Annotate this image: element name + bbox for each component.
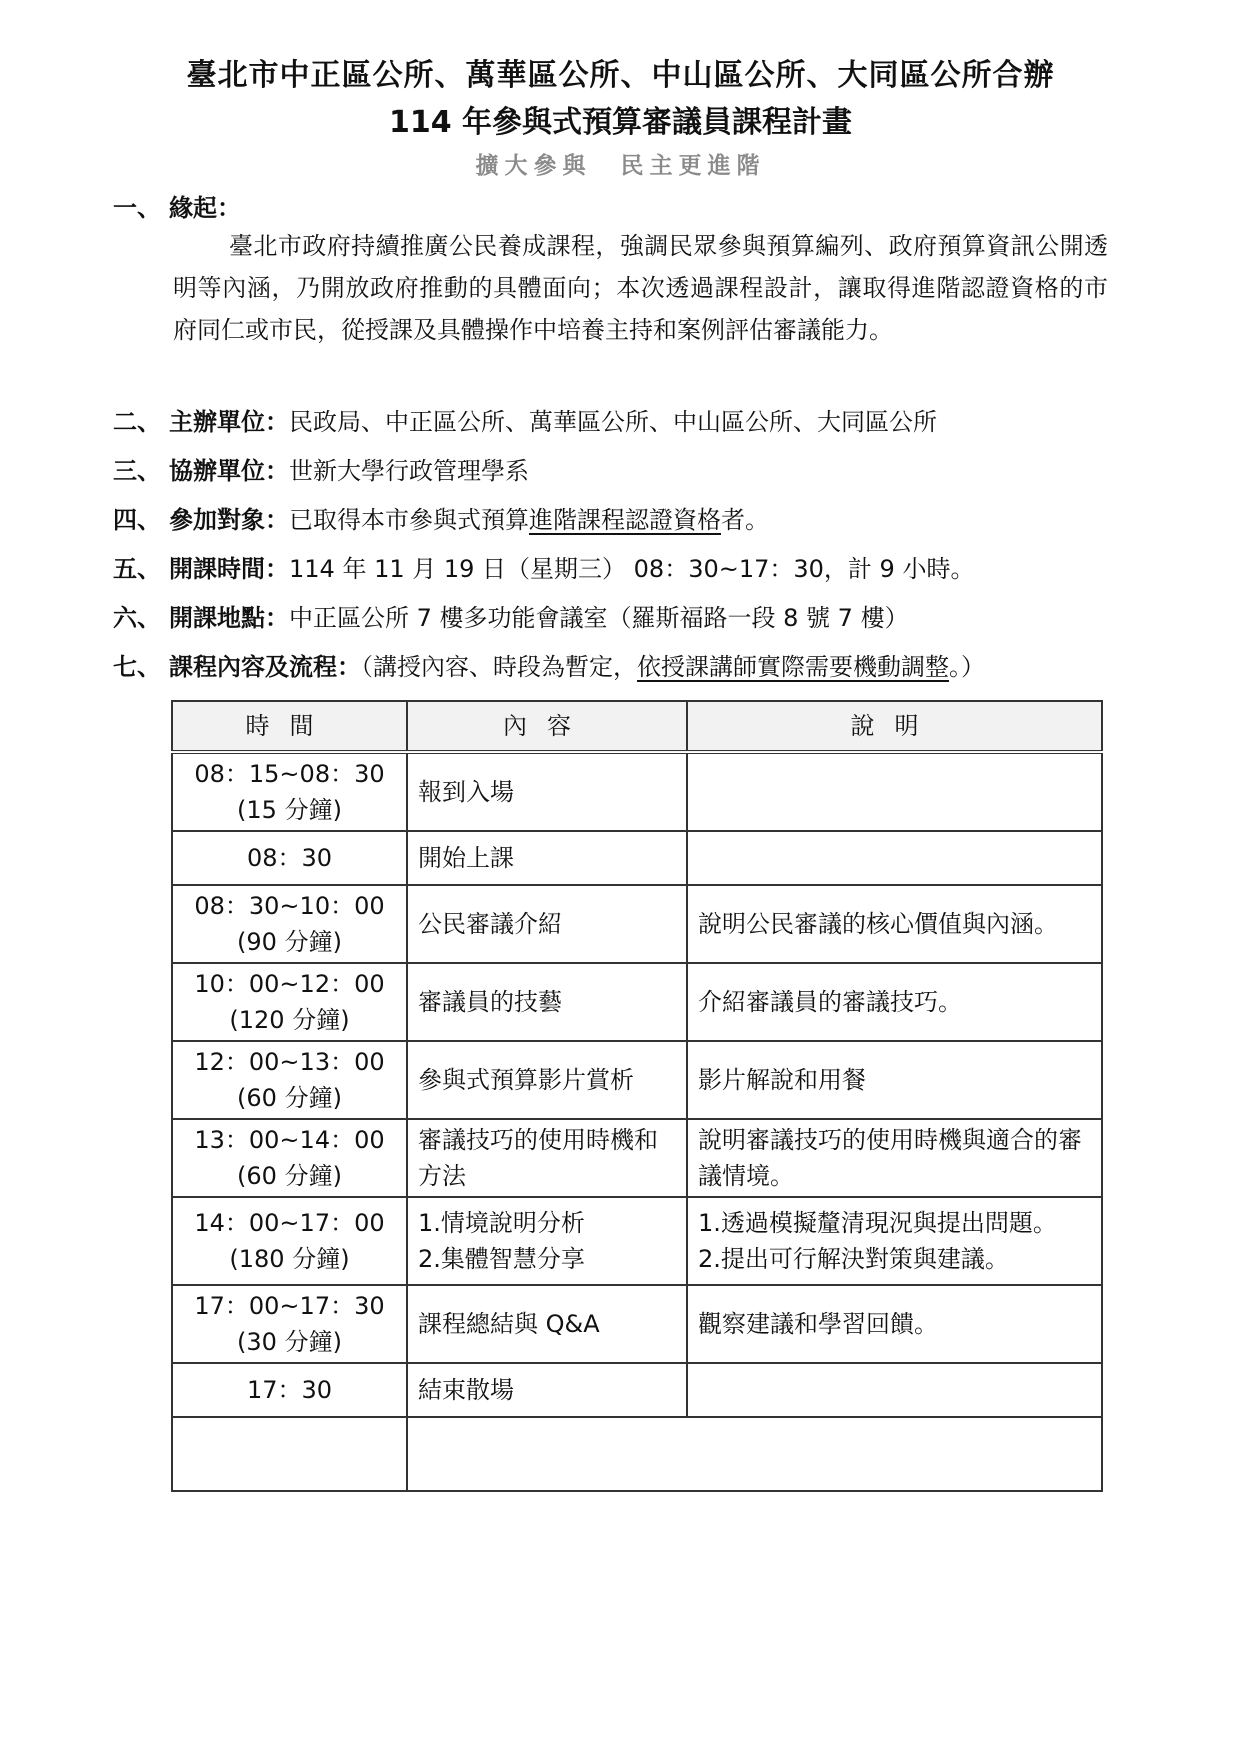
time-cell: 14：00~17：00(180 分鐘) [172,1197,407,1285]
content-cell: 審議技巧的使用時機和方法 [407,1119,687,1197]
time-cell: 12：00~13：00(60 分鐘) [172,1041,407,1119]
time-cell: 17：00~17：30(30 分鐘) [172,1285,407,1363]
content-cell: 審議員的技藝 [407,963,687,1041]
time-range: 08：30 [183,840,396,876]
section-label: 主辦單位： [169,408,289,436]
content-line: 2.集體智慧分享 [418,1241,676,1277]
content-cell: 公民審議介紹 [407,885,687,963]
section-number: 七、 [113,647,169,682]
desc-cell: 觀察建議和學習回饋。 [687,1285,1102,1363]
table-row: 08：30 開始上課 [172,831,1102,885]
time-cell: 08：30 [172,831,407,885]
time-range: 14：00~17：00 [183,1205,396,1241]
merged-cell [407,1417,1102,1491]
section-time: 五、開課時間：114 年 11 月 19 日（星期三） 08：30~17：30，… [113,549,974,584]
underlined-text: 進階課程認證資格 [529,506,721,534]
section-number: 二、 [113,402,169,437]
section-number: 六、 [113,598,169,633]
duration: (90 分鐘) [183,924,396,960]
section-label: 課程內容及流程： [169,653,361,681]
duration: (180 分鐘) [183,1241,396,1277]
desc-cell: 說明審議技巧的使用時機與適合的審議情境。 [687,1119,1102,1197]
content-cell: 結束散場 [407,1363,687,1417]
desc-cell [687,1363,1102,1417]
section-label: 協辦單位： [169,457,289,485]
section-number: 四、 [113,500,169,535]
time-range: 17：00~17：30 [183,1288,396,1324]
duration: (60 分鐘) [183,1080,396,1116]
desc-line: 1.透過模擬釐清現況與提出問題。 [698,1205,1091,1241]
section-text-end: 。） [949,653,985,681]
section-number: 一、 [113,188,169,223]
document-title: 臺北市中正區公所、萬華區公所、中山區公所、大同區公所合辦 [0,50,1241,94]
section-text: 114 年 11 月 19 日（星期三） 08：30~17：30，計 9 小時。 [289,555,974,583]
content-cell: 報到入場 [407,752,687,831]
duration: (120 分鐘) [183,1002,396,1038]
section-text: 中正區公所 7 樓多功能會議室（羅斯福路一段 8 號 7 樓） [289,604,909,632]
time-range: 08：15~08：30 [183,756,396,792]
table-header-row: 時間 內容 說明 [172,701,1102,752]
section-label: 緣起： [169,194,241,222]
table-row: 08：30~10：00(90 分鐘) 公民審議介紹 說明公民審議的核心價值與內涵… [172,885,1102,963]
time-cell: 13：00~14：00(60 分鐘) [172,1119,407,1197]
desc-cell: 說明公民審議的核心價值與內涵。 [687,885,1102,963]
schedule-table: 時間 內容 說明 08：15~08：30(15 分鐘) 報到入場 08：30 開… [171,700,1103,1492]
content-cell: 1.情境說明分析2.集體智慧分享 [407,1197,687,1285]
table-row: 13：00~14：00(60 分鐘) 審議技巧的使用時機和方法 說明審議技巧的使… [172,1119,1102,1197]
time-cell: 08：15~08：30(15 分鐘) [172,752,407,831]
section-number: 五、 [113,549,169,584]
header-time: 時間 [172,701,407,752]
section-origin: 一、緣起： [113,188,241,223]
underlined-text: 依授課講師實際需要機動調整 [637,653,949,681]
table-row: 08：15~08：30(15 分鐘) 報到入場 [172,752,1102,831]
slogan: 擴大參與 民主更進階 [0,147,1241,180]
section-text-end: 者。 [721,506,769,534]
content-line: 1.情境說明分析 [418,1205,676,1241]
document-subtitle: 114 年參與式預算審議員課程計畫 [0,97,1241,141]
time-cell: 17：30 [172,1363,407,1417]
section-course-content: 七、課程內容及流程：（講授內容、時段為暫定，依授課講師實際需要機動調整。） [113,647,985,682]
duration: (30 分鐘) [183,1324,396,1360]
time-cell: 08：30~10：00(90 分鐘) [172,885,407,963]
duration: (60 分鐘) [183,1158,396,1194]
content-cell: 參與式預算影片賞析 [407,1041,687,1119]
header-description: 說明 [687,701,1102,752]
table-row-empty [172,1417,1102,1491]
table-row: 17：30 結束散場 [172,1363,1102,1417]
time-range: 13：00~14：00 [183,1122,396,1158]
section-text: 世新大學行政管理學系 [289,457,529,485]
section-text: （講授內容、時段為暫定， [361,653,637,681]
section-label: 開課時間： [169,555,289,583]
section-co-organizer: 三、協辦單位：世新大學行政管理學系 [113,451,529,486]
section-text: 已取得本市參與式預算 [289,506,529,534]
time-cell: 10：00~12：00(120 分鐘) [172,963,407,1041]
section-text: 民政局、中正區公所、萬華區公所、中山區公所、大同區公所 [289,408,937,436]
time-range: 10：00~12：00 [183,966,396,1002]
section-organizer: 二、主辦單位：民政局、中正區公所、萬華區公所、中山區公所、大同區公所 [113,402,937,437]
desc-cell: 介紹審議員的審議技巧。 [687,963,1102,1041]
duration: (15 分鐘) [183,792,396,828]
content-cell: 課程總結與 Q&A [407,1285,687,1363]
section-label: 開課地點： [169,604,289,632]
section-location: 六、開課地點：中正區公所 7 樓多功能會議室（羅斯福路一段 8 號 7 樓） [113,598,909,633]
content-cell: 開始上課 [407,831,687,885]
section-label: 參加對象： [169,506,289,534]
desc-cell [687,831,1102,885]
origin-paragraph: 臺北市政府持續推廣公民養成課程，強調民眾參與預算編列、政府預算資訊公開透明等內涵… [173,225,1108,351]
table-row: 10：00~12：00(120 分鐘) 審議員的技藝 介紹審議員的審議技巧。 [172,963,1102,1041]
desc-cell: 1.透過模擬釐清現況與提出問題。2.提出可行解決對策與建議。 [687,1197,1102,1285]
time-range: 17：30 [183,1372,396,1408]
section-number: 三、 [113,451,169,486]
desc-line: 2.提出可行解決對策與建議。 [698,1241,1091,1277]
time-range: 08：30~10：00 [183,888,396,924]
desc-cell [687,752,1102,831]
time-range: 12：00~13：00 [183,1044,396,1080]
section-participants: 四、參加對象：已取得本市參與式預算進階課程認證資格者。 [113,500,769,535]
table-row: 17：00~17：30(30 分鐘) 課程總結與 Q&A 觀察建議和學習回饋。 [172,1285,1102,1363]
table-row: 12：00~13：00(60 分鐘) 參與式預算影片賞析 影片解說和用餐 [172,1041,1102,1119]
table-row: 14：00~17：00(180 分鐘) 1.情境說明分析2.集體智慧分享 1.透… [172,1197,1102,1285]
header-content: 內容 [407,701,687,752]
desc-cell: 影片解說和用餐 [687,1041,1102,1119]
time-cell [172,1417,407,1491]
